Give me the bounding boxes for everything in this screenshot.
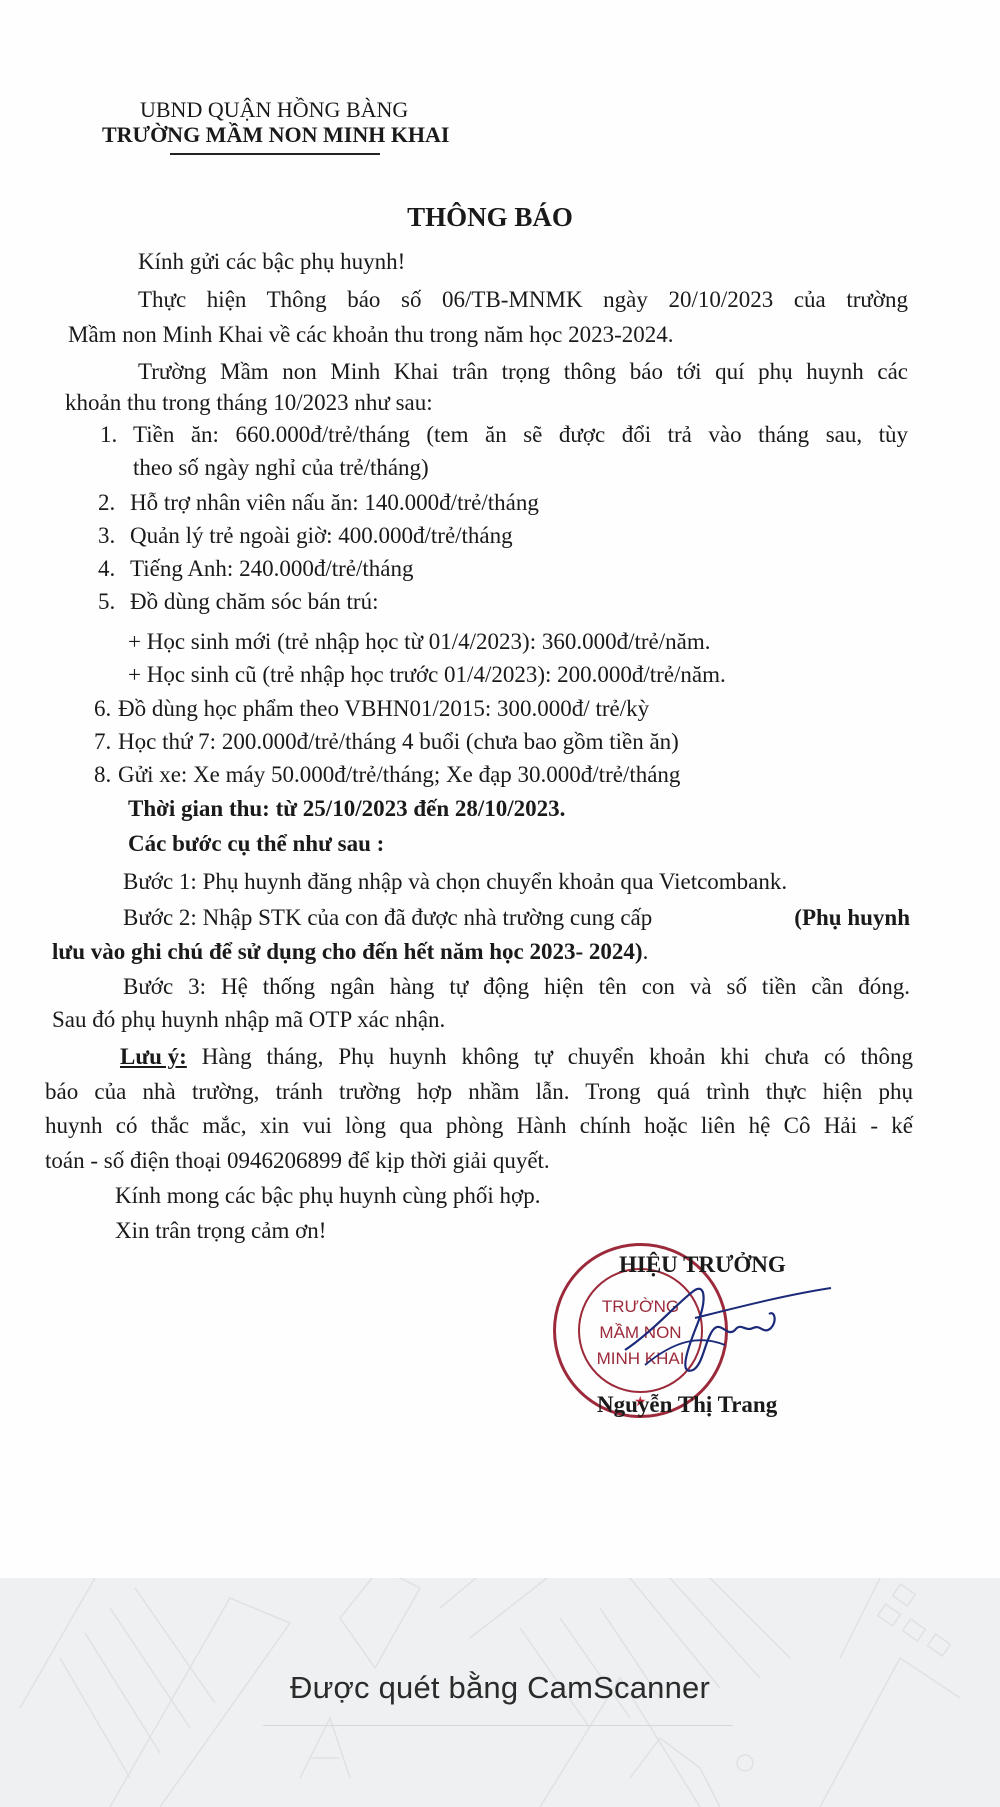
- greeting: Kính gửi các bậc phụ huynh!: [138, 247, 405, 277]
- fee-item-4: Tiếng Anh: 240.000đ/trẻ/tháng: [130, 554, 413, 584]
- fee-item-5-new-students: + Học sinh mới (trẻ nhập học từ 01/4/202…: [128, 627, 710, 657]
- header-divider: [170, 153, 380, 155]
- fee-item-2-number: 2.: [98, 488, 115, 518]
- scanned-document-page: UBND QUẬN HỒNG BÀNG TRƯỜNG MẦM NON MINH …: [0, 0, 1000, 1578]
- fee-item-5: Đồ dùng chăm sóc bán trú:: [130, 587, 378, 617]
- note-line-1: Lưu ý: Hàng tháng, Phụ huynh không tự ch…: [120, 1042, 913, 1072]
- camscanner-watermark: Được quét bằng CamScanner: [0, 1670, 1000, 1706]
- fee-item-1: Tiền ăn: 660.000đ/trẻ/tháng (tem ăn sẽ đ…: [133, 420, 908, 450]
- signer-name: Nguyễn Thị Trang: [597, 1390, 777, 1420]
- intro-line-3: Trường Mầm non Minh Khai trân trọng thôn…: [138, 357, 908, 387]
- step-3-cont: Sau đó phụ huynh nhập mã OTP xác nhận.: [52, 1005, 445, 1035]
- fee-item-6-number: 6.: [94, 694, 111, 724]
- fee-item-8: Gửi xe: Xe máy 50.000đ/trẻ/tháng; Xe đạp…: [118, 760, 680, 790]
- closing-request: Kính mong các bậc phụ huynh cùng phối hợ…: [115, 1181, 540, 1211]
- step-2-bold-start: (Phụ huynh: [794, 903, 910, 933]
- fee-item-3-number: 3.: [98, 521, 115, 551]
- note-text: Hàng tháng, Phụ huynh không tự chuyển kh…: [187, 1042, 913, 1072]
- fee-item-2: Hỗ trợ nhân viên nấu ăn: 140.000đ/trẻ/th…: [130, 488, 539, 518]
- note-line-4: toán - số điện thoại 0946206899 để kịp t…: [45, 1146, 550, 1176]
- camscanner-footer: Được quét bằng CamScanner: [0, 1578, 1000, 1807]
- step-2-cont: lưu vào ghi chú để sử dụng cho đến hết n…: [52, 937, 648, 967]
- footer-divider: [263, 1725, 733, 1726]
- document-title: THÔNG BÁO: [0, 202, 980, 232]
- intro-line-1: Thực hiện Thông báo số 06/TB-MNMK ngày 2…: [138, 285, 908, 315]
- note-line-3: huynh có thắc mắc, xin vui lòng qua phòn…: [45, 1111, 913, 1141]
- fee-item-7: Học thứ 7: 200.000đ/trẻ/tháng 4 buổi (ch…: [118, 727, 679, 757]
- fee-item-8-number: 8.: [94, 760, 111, 790]
- step-2: Bước 2: Nhập STK của con đã được nhà trư…: [123, 903, 910, 933]
- fee-item-3: Quản lý trẻ ngoài giờ: 400.000đ/trẻ/thán…: [130, 521, 513, 551]
- school-name: TRƯỜNG MẦM NON MINH KHAI: [102, 120, 450, 150]
- fee-item-7-number: 7.: [94, 727, 111, 757]
- closing-thanks: Xin trân trọng cảm ơn!: [115, 1216, 326, 1246]
- step-2-text: Bước 2: Nhập STK của con đã được nhà trư…: [123, 903, 652, 933]
- handwritten-signature-icon: [585, 1270, 835, 1380]
- step-3: Bước 3: Hệ thống ngân hàng tự động hiện …: [123, 972, 910, 1002]
- step-2-bold-note: lưu vào ghi chú để sử dụng cho đến hết n…: [52, 939, 643, 964]
- fee-item-1-cont: theo số ngày nghỉ của trẻ/tháng): [133, 453, 429, 483]
- step-1: Bước 1: Phụ huynh đăng nhập và chọn chuy…: [123, 867, 787, 897]
- note-label: Lưu ý:: [120, 1042, 187, 1072]
- fee-item-6: Đồ dùng học phẩm theo VBHN01/2015: 300.0…: [118, 694, 649, 724]
- collection-period: Thời gian thu: từ 25/10/2023 đến 28/10/2…: [128, 794, 565, 824]
- step-2-period: .: [643, 939, 649, 964]
- steps-heading: Các bước cụ thể như sau :: [128, 829, 384, 859]
- note-line-2: báo của nhà trường, tránh trường hợp nhầ…: [45, 1077, 913, 1107]
- fee-item-4-number: 4.: [98, 554, 115, 584]
- intro-line-4: khoản thu trong tháng 10/2023 như sau:: [65, 388, 433, 418]
- intro-line-2: Mầm non Minh Khai về các khoản thu trong…: [68, 320, 674, 350]
- fee-item-1-number: 1.: [100, 420, 117, 450]
- fee-item-5-number: 5.: [98, 587, 115, 617]
- fee-item-5-old-students: + Học sinh cũ (trẻ nhập học trước 01/4/2…: [128, 660, 726, 690]
